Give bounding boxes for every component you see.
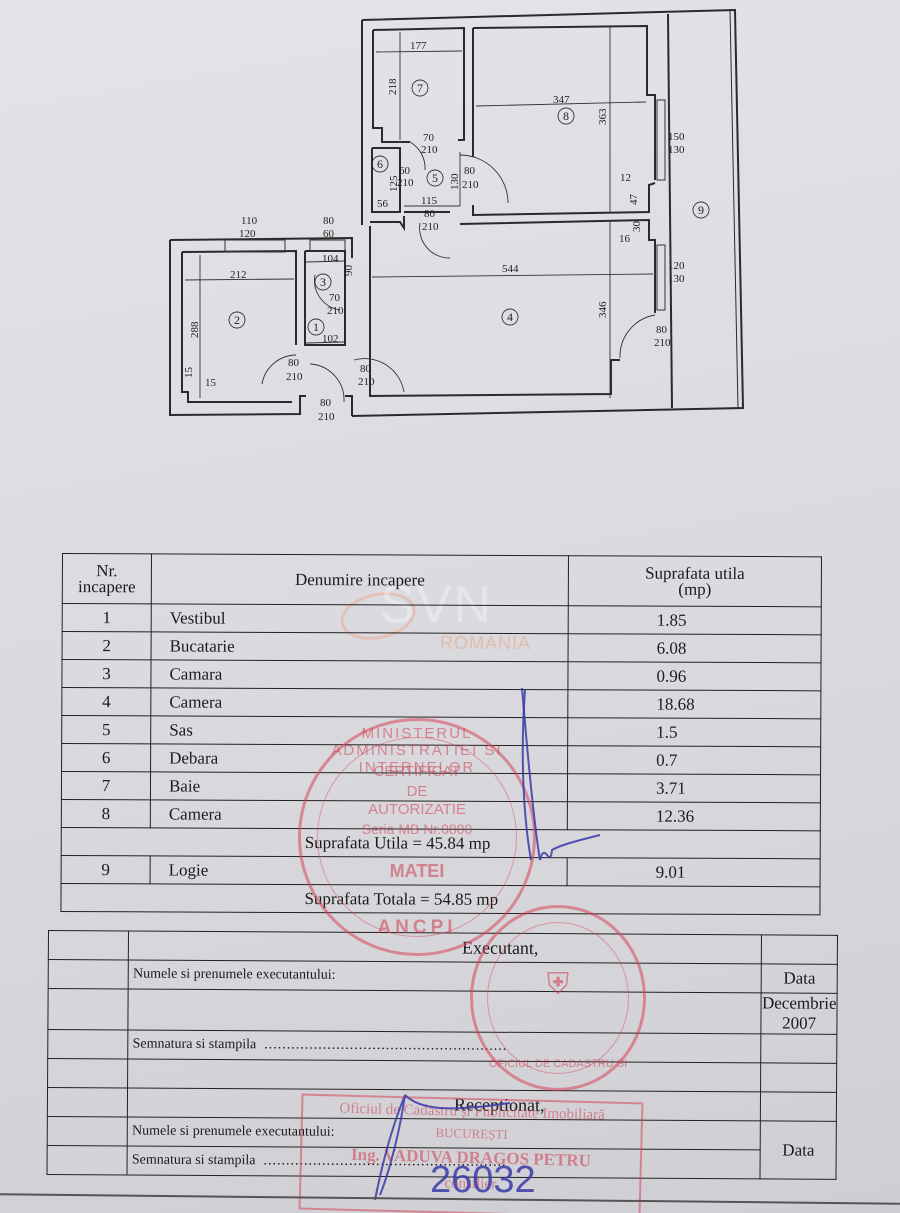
svg-text:210: 210	[422, 221, 439, 233]
svg-text:70: 70	[423, 132, 435, 144]
svg-text:120: 120	[668, 260, 685, 272]
svg-text:56: 56	[377, 198, 389, 210]
svg-text:218: 218	[387, 78, 399, 95]
svg-text:80: 80	[323, 215, 335, 227]
room-number-3: 3	[315, 274, 331, 290]
room-number-2: 2	[229, 312, 245, 328]
room-number-6: 6	[372, 156, 388, 172]
room-number-8: 8	[558, 108, 574, 124]
svg-text:1: 1	[313, 320, 319, 334]
header-name: Denumire incapere	[151, 554, 568, 606]
svg-text:346: 346	[597, 301, 609, 318]
svg-text:6: 6	[377, 157, 383, 171]
svg-text:347: 347	[553, 94, 570, 106]
svg-text:7: 7	[417, 81, 423, 95]
svg-text:120: 120	[239, 228, 256, 240]
table-row: 1Vestibul1.85	[62, 604, 821, 635]
svg-text:210: 210	[421, 144, 438, 156]
svg-text:177: 177	[410, 40, 427, 52]
date-value: Decembrie 2007	[761, 993, 837, 1034]
svg-text:210: 210	[286, 371, 303, 383]
table-header-row: Nr.incapere Denumire incapere Suprafata …	[62, 554, 821, 607]
svg-text:80: 80	[360, 363, 372, 375]
date-label-2: Data	[760, 1121, 836, 1179]
svg-text:544: 544	[502, 263, 519, 275]
svg-text:210: 210	[318, 411, 335, 423]
room-number-9: 9	[693, 202, 709, 218]
svg-text:90: 90	[343, 265, 355, 277]
svg-text:130: 130	[668, 144, 685, 156]
svg-text:8: 8	[563, 109, 569, 123]
svg-text:130: 130	[449, 173, 461, 190]
date-label: Data	[762, 964, 838, 993]
executant-sign-field: Semnatura si stampila...................…	[128, 1030, 761, 1063]
svg-text:150: 150	[668, 131, 685, 143]
svg-text:80: 80	[320, 397, 332, 409]
svg-text:210: 210	[654, 337, 671, 349]
svg-text:30: 30	[631, 221, 643, 233]
room-number-7: 7	[412, 80, 428, 96]
svg-text:212: 212	[230, 269, 247, 281]
svg-text:12: 12	[620, 172, 631, 184]
svg-text:15: 15	[183, 367, 195, 379]
svg-text:104: 104	[322, 253, 339, 265]
svg-text:363: 363	[597, 108, 609, 125]
svg-text:5: 5	[432, 171, 438, 185]
svg-text:16: 16	[619, 233, 631, 245]
svg-text:2: 2	[234, 313, 240, 327]
engineer-stamp: Oficiul de Cadastru și Publicitate Imobi…	[299, 1094, 644, 1213]
table-row: 3Camara0.96	[62, 660, 821, 691]
svg-text:60: 60	[323, 228, 335, 240]
authorization-stamp: MINISTERUL ADMINISTRATIEI SI INTERNELOR …	[298, 718, 536, 956]
svg-text:115: 115	[421, 195, 438, 207]
svg-text:102: 102	[322, 333, 339, 345]
coat-of-arms-icon: ⛨	[473, 968, 643, 1002]
svg-text:47: 47	[628, 194, 640, 206]
room-number-4: 4	[502, 309, 518, 325]
floor-plan: 177 218 347 363 544 346 212 288 104 90 1…	[0, 0, 900, 440]
header-nr: Nr.incapere	[62, 554, 151, 604]
svg-text:210: 210	[358, 376, 375, 388]
cadastre-office-stamp: ⛨ OFICIUL DE CADASTRU SI	[470, 905, 646, 1091]
svg-text:80: 80	[424, 208, 436, 220]
svg-text:110: 110	[241, 215, 258, 227]
svg-text:80: 80	[288, 357, 300, 369]
svg-text:210: 210	[397, 177, 414, 189]
svg-text:80: 80	[656, 324, 668, 336]
header-area: Suprafata utila(mp)	[568, 556, 821, 607]
table-row: 2Bucatarie6.08	[62, 632, 821, 663]
svg-text:3: 3	[320, 275, 326, 289]
svg-text:60: 60	[399, 165, 411, 177]
svg-text:15: 15	[205, 377, 217, 389]
svg-text:70: 70	[329, 292, 341, 304]
table-row: 4Camera18.68	[62, 688, 821, 719]
svg-text:130: 130	[668, 273, 685, 285]
executant-name-label: Numele si prenumele executantului:	[128, 960, 761, 993]
room-number-1: 1	[308, 319, 324, 335]
svg-text:4: 4	[507, 310, 513, 324]
room-number-5: 5	[427, 170, 443, 186]
svg-text:9: 9	[698, 203, 704, 217]
svg-text:210: 210	[327, 305, 344, 317]
svg-text:210: 210	[462, 179, 479, 191]
svg-text:80: 80	[464, 165, 476, 177]
svg-text:288: 288	[189, 321, 201, 338]
